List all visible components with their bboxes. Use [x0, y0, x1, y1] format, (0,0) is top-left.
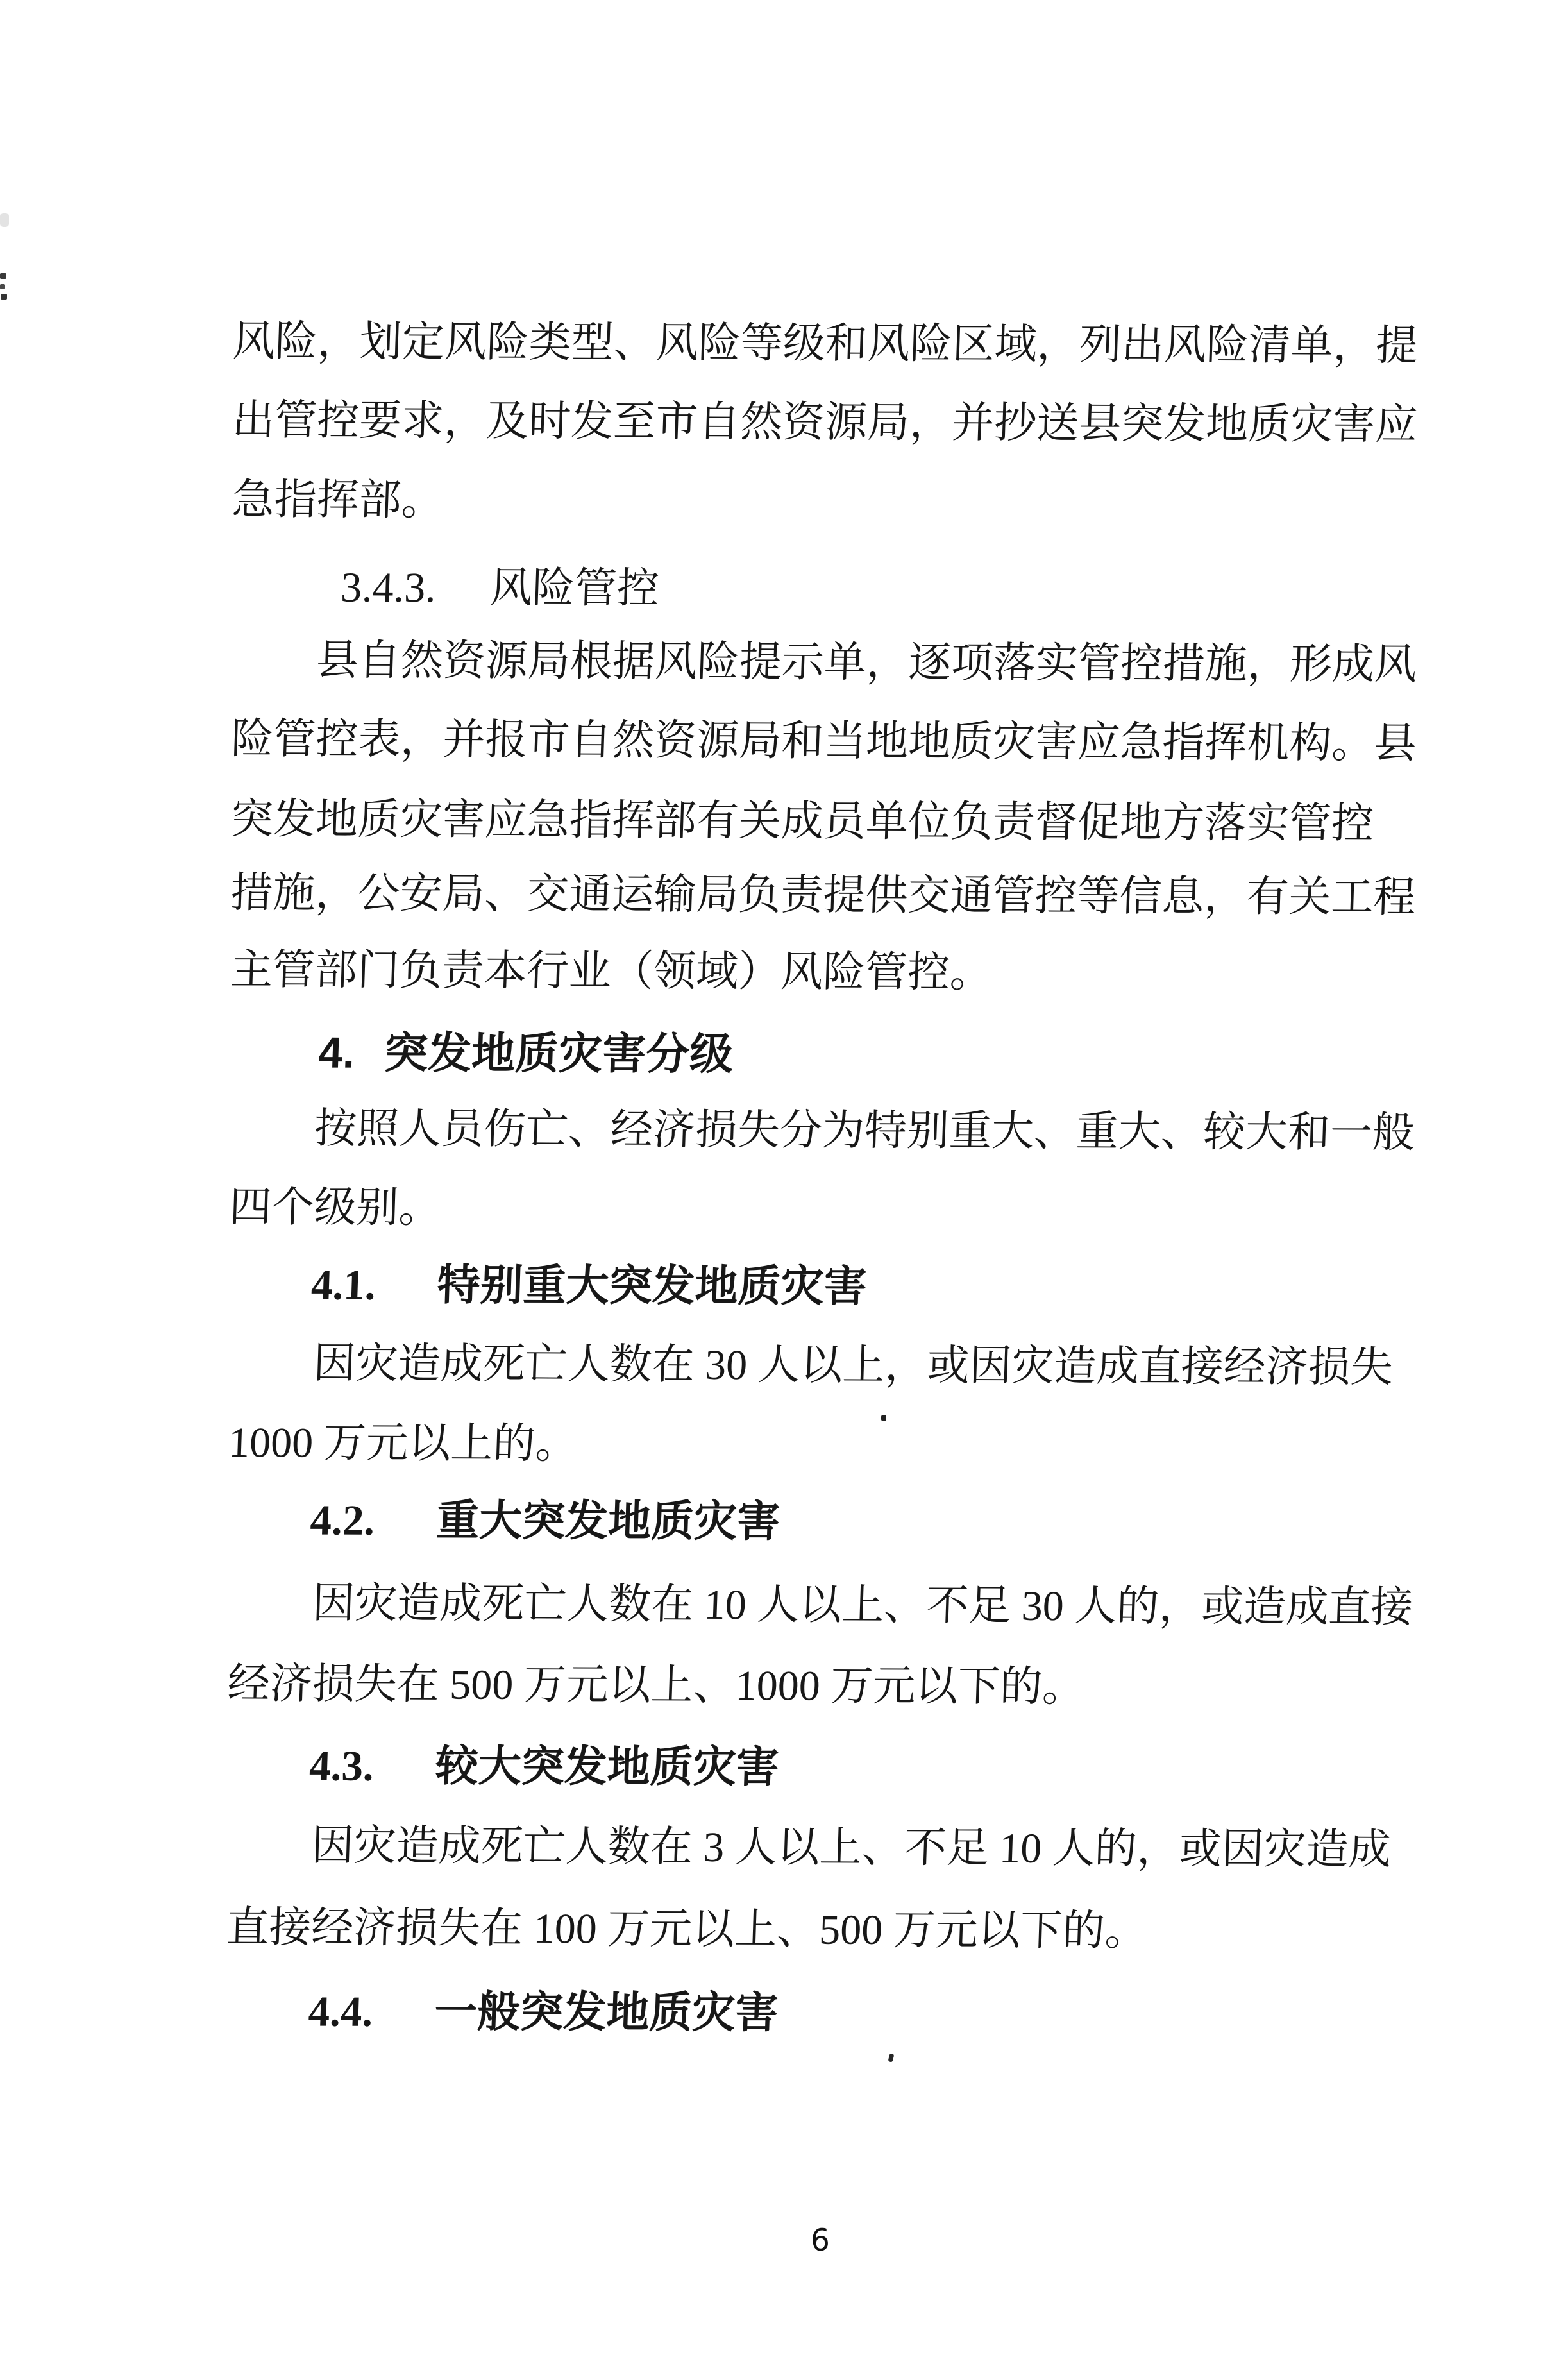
- text-line: 突发地质灾害应急指挥部有关成员单位负责督促地方落实管控: [230, 798, 1374, 845]
- section-number: 4.: [317, 1032, 355, 1074]
- section-title: 重大突发地质灾害: [435, 1497, 780, 1546]
- text-line: 四个级别。: [229, 1186, 442, 1229]
- scan-edge-mark: [0, 284, 5, 289]
- text-line: 1000 万元以上的。: [228, 1422, 578, 1465]
- section-heading-4-3: 4.3.较大突发地质灾害: [308, 1744, 780, 1789]
- section-heading-4-1: 4.1.特别重大突发地质灾害: [310, 1263, 868, 1308]
- section-number: 4.3.: [308, 1744, 375, 1787]
- section-title: 较大突发地质灾害: [435, 1743, 780, 1791]
- text-line: 经济损失在 500 万元以上、1000 万元以下的。: [227, 1663, 1086, 1709]
- section-heading-4: 4.突发地质灾害分级: [317, 1032, 734, 1076]
- section-heading-4-2: 4.2.重大突发地质灾害: [310, 1499, 781, 1543]
- section-heading-4-4: 4.4.一般突发地质灾害: [308, 1990, 779, 2034]
- document-text-layer: 风险，划定风险类型、风险等级和风险区域，列出风险清单，提出管控要求，及时发至市自…: [0, 0, 1568, 2373]
- text-line: 风险，划定风险类型、风险等级和风险区域，列出风险清单，提: [232, 321, 1419, 367]
- text-line: 按照人员伤亡、经济损失分为特别重大、重大、较大和一般: [314, 1108, 1415, 1155]
- page-number: 6: [811, 2223, 830, 2258]
- text-line: 主管部门负责本行业（领域）风险管控。: [230, 949, 993, 995]
- text-line: 直接经济损失在 100 万元以上、500 万元以下的。: [226, 1907, 1148, 1953]
- scan-edge-mark: [0, 273, 6, 279]
- section-title: 突发地质灾害分级: [384, 1029, 734, 1079]
- scan-edge-mark: [1, 294, 7, 300]
- text-line: 因灾造成死亡人数在 3 人以上、不足 10 人的，或因灾造成: [311, 1825, 1392, 1871]
- section-title: 特别重大突发地质灾害: [436, 1262, 867, 1311]
- section-number: 3.4.3.: [340, 567, 437, 610]
- section-number: 4.2.: [310, 1499, 376, 1541]
- scan-edge-smudge: [0, 213, 9, 227]
- section-number: 4.4.: [308, 1990, 374, 2032]
- section-heading-3-4-3: 3.4.3.风险管控: [340, 567, 660, 611]
- section-number: 4.1.: [310, 1263, 376, 1306]
- section-title: 一般突发地质灾害: [434, 1988, 779, 2037]
- text-line: 措施，公安局、交通运输局负责提供交通管控等信息，有关工程: [230, 872, 1416, 919]
- text-line: 因灾造成死亡人数在 30 人以上，或因灾造成直接经济损失: [313, 1343, 1394, 1389]
- text-line: 险管控表，并报市自然资源局和当地地质灾害应急指挥机构。县: [230, 718, 1417, 765]
- text-line: 因灾造成死亡人数在 10 人以上、不足 30 人的，或造成直接: [312, 1583, 1413, 1630]
- text-line: 县自然资源局根据风险提示单，逐项落实管控措施，形成风: [316, 640, 1417, 687]
- section-title: 风险管控: [489, 565, 660, 612]
- document-page: 风险，划定风险类型、风险等级和风险区域，列出风险清单，提出管控要求，及时发至市自…: [0, 0, 1568, 2373]
- scan-ink-dot: [881, 1415, 886, 1421]
- text-line: 出管控要求，及时发至市自然资源局，并抄送县突发地质灾害应: [232, 400, 1418, 446]
- text-line: 急指挥部。: [232, 479, 444, 522]
